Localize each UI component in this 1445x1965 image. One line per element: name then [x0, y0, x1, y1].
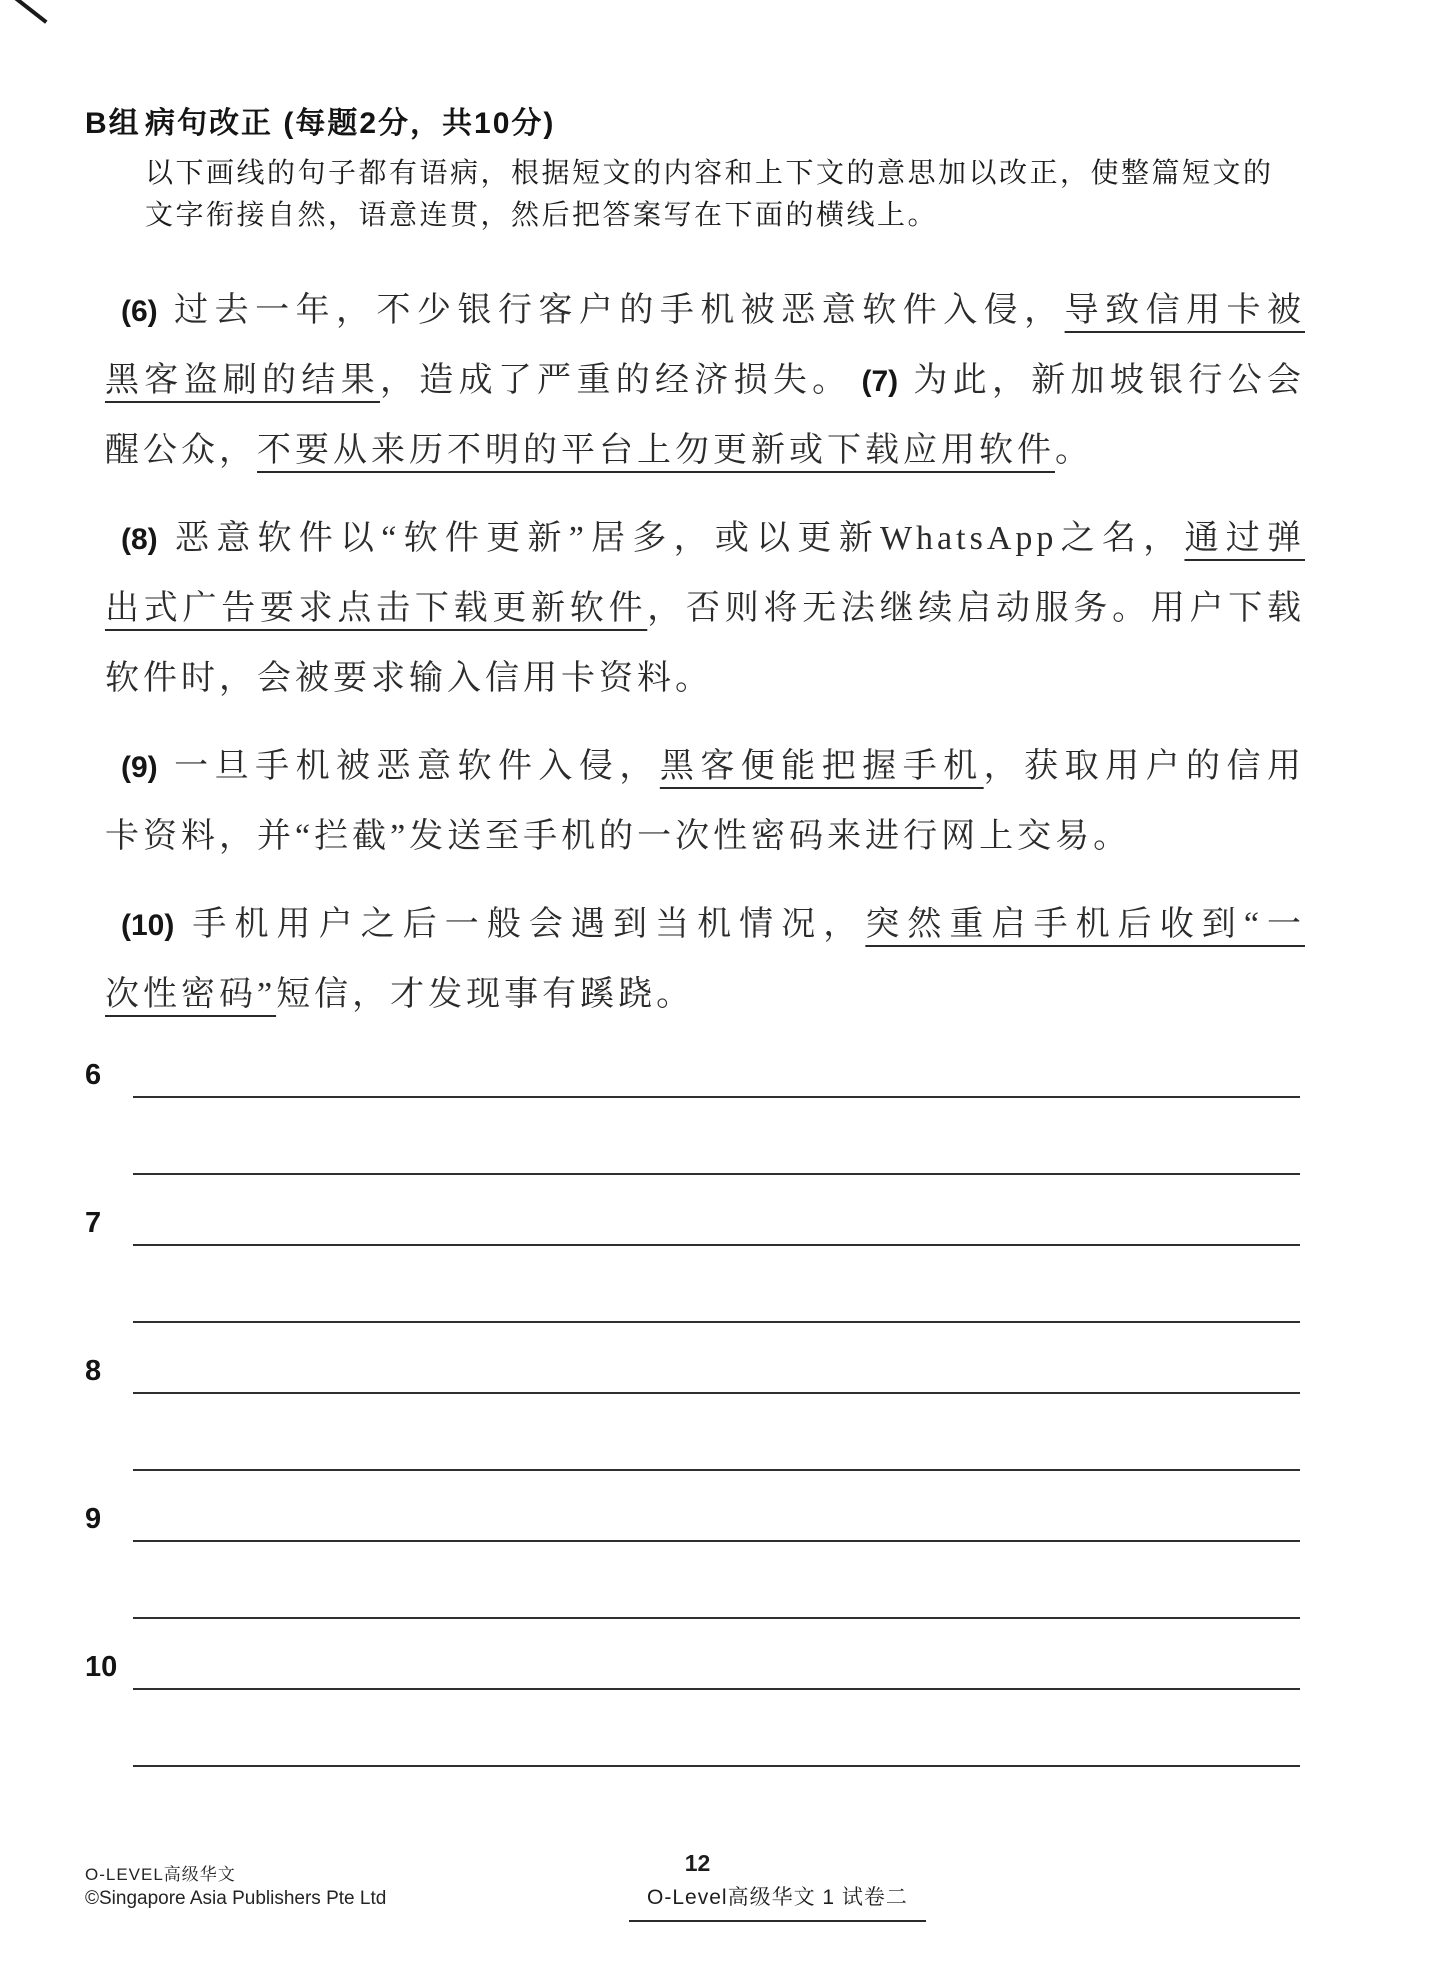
instruction-line: 以下画线的句子都有语病，根据短文的内容和上下文的意思加以改正，使整篇短文的: [145, 152, 1305, 194]
section-title: 病句改正 (每题2分，共10分): [145, 98, 555, 142]
passage-paragraph: (6)过去一年，不少银行客户的手机被恶意软件入侵，导致信用卡被黑客盗刷的结果，造…: [105, 276, 1305, 486]
passage-line: (10)手机用户之后一般会遇到当机情况，突然重启手机后收到“一: [105, 890, 1305, 960]
page-number: 12: [0, 1850, 1420, 1877]
passage-text: 恶意软件以“软件更新”居多，或以更新WhatsApp之名，: [172, 520, 1185, 557]
answer-writing-line[interactable]: [133, 1350, 1300, 1394]
question-number: (6): [121, 295, 158, 328]
instruction-line: 文字衔接自然，语意连贯，然后把答案写在下面的横线上。: [145, 194, 1305, 236]
answer-item: 8: [85, 1350, 1300, 1471]
underlined-error-phrase: 黑客盗刷的结果: [105, 362, 380, 399]
passage-line: 黑客盗刷的结果，造成了严重的经济损失。(7)为此，新加坡银行公会提: [105, 346, 1305, 416]
question-number: (8): [121, 523, 158, 556]
answer-number: 6: [85, 1059, 133, 1098]
passage-text: 过去一年，不少银行客户的手机被恶意软件入侵，: [172, 292, 1065, 329]
answer-writing-line[interactable]: [133, 1394, 1300, 1471]
answer-number: 8: [85, 1355, 133, 1394]
section-header: B组 病句改正 (每题2分，共10分): [85, 98, 1305, 142]
passage-text: ，否则将无法继续启动服务。用户下载: [647, 590, 1305, 627]
passage-text: 醒公众，: [105, 432, 257, 469]
passage: (6)过去一年，不少银行客户的手机被恶意软件入侵，导致信用卡被黑客盗刷的结果，造…: [105, 276, 1305, 1030]
passage-text: 一旦手机被恶意软件入侵，: [172, 748, 660, 785]
passage-line: (9)一旦手机被恶意软件入侵，黑客便能把握手机，获取用户的信用: [105, 732, 1305, 802]
answer-writing-line[interactable]: [133, 1542, 1300, 1619]
answer-writing-line[interactable]: [133, 1690, 1300, 1767]
passage-line: 软件时，会被要求输入信用卡资料。: [105, 644, 1305, 714]
answer-writing-line[interactable]: [133, 1646, 1300, 1690]
underlined-error-phrase: 导致信用卡被: [1065, 292, 1305, 329]
passage-line: 卡资料，并“拦截”发送至手机的一次性密码来进行网上交易。: [105, 802, 1305, 872]
answer-writing-line[interactable]: [133, 1054, 1300, 1098]
answer-number: 10: [85, 1651, 133, 1690]
instructions: 以下画线的句子都有语病，根据短文的内容和上下文的意思加以改正，使整篇短文的文字衔…: [145, 152, 1305, 236]
passage-line: (8)恶意软件以“软件更新”居多，或以更新WhatsApp之名，通过弹: [105, 504, 1305, 574]
exam-page: B组 病句改正 (每题2分，共10分) 以下画线的句子都有语病，根据短文的内容和…: [0, 0, 1445, 1965]
underlined-error-phrase: 黑客便能把握手机: [660, 748, 984, 785]
passage-line: (6)过去一年，不少银行客户的手机被恶意软件入侵，导致信用卡被: [105, 276, 1305, 346]
answer-writing-line[interactable]: [133, 1246, 1300, 1323]
answer-writing-line[interactable]: [133, 1498, 1300, 1542]
passage-text: 卡资料，并“拦截”发送至手机的一次性密码来进行网上交易。: [105, 818, 1131, 855]
footer-center: 12 O-Level高级华文 1 试卷二: [0, 1850, 1445, 1922]
passage-paragraph: (8)恶意软件以“软件更新”居多，或以更新WhatsApp之名，通过弹出式广告要…: [105, 504, 1305, 714]
question-number: (7): [861, 365, 898, 398]
passage-line: 醒公众，不要从来历不明的平台上勿更新或下载应用软件。: [105, 416, 1305, 486]
scan-artifact: [14, 0, 48, 24]
underlined-error-phrase: 不要从来历不明的平台上勿更新或下载应用软件: [257, 432, 1055, 469]
answer-section: 678910: [85, 1054, 1300, 1767]
answer-item: 7: [85, 1202, 1300, 1323]
underlined-error-phrase: 次性密码”: [105, 976, 276, 1013]
passage-line: 次性密码”短信，才发现事有蹊跷。: [105, 960, 1305, 1030]
passage-paragraph: (9)一旦手机被恶意软件入侵，黑客便能把握手机，获取用户的信用卡资料，并“拦截”…: [105, 732, 1305, 872]
footer-paper-title: O-Level高级华文 1 试卷二: [629, 1881, 926, 1922]
answer-number: 9: [85, 1503, 133, 1542]
answer-writing-line[interactable]: [133, 1098, 1300, 1175]
passage-text: 短信，才发现事有蹊跷。: [276, 976, 694, 1013]
section-label: B组: [85, 98, 145, 142]
underlined-error-phrase: 出式广告要求点击下载更新软件: [105, 590, 647, 627]
underlined-error-phrase: 突然重启手机后收到“一: [865, 906, 1305, 943]
answer-item: 10: [85, 1646, 1300, 1767]
answer-item: 9: [85, 1498, 1300, 1619]
passage-paragraph: (10)手机用户之后一般会遇到当机情况，突然重启手机后收到“一次性密码”短信，才…: [105, 890, 1305, 1030]
passage-text: 软件时，会被要求输入信用卡资料。: [105, 660, 713, 697]
answer-number: 7: [85, 1207, 133, 1246]
answer-item: 6: [85, 1054, 1300, 1175]
passage-text: 手机用户之后一般会遇到当机情况，: [188, 906, 865, 943]
passage-text: 。: [1055, 432, 1093, 469]
answer-writing-line[interactable]: [133, 1202, 1300, 1246]
passage-text: ，造成了严重的经济损失。: [380, 362, 851, 399]
question-number: (9): [121, 751, 158, 784]
footer-paper-wrap: O-Level高级华文 1 试卷二: [55, 1881, 1445, 1922]
passage-line: 出式广告要求点击下载更新软件，否则将无法继续启动服务。用户下载: [105, 574, 1305, 644]
question-number: (10): [121, 909, 174, 942]
passage-text: ，获取用户的信用: [984, 748, 1305, 785]
underlined-error-phrase: 通过弹: [1184, 520, 1305, 557]
